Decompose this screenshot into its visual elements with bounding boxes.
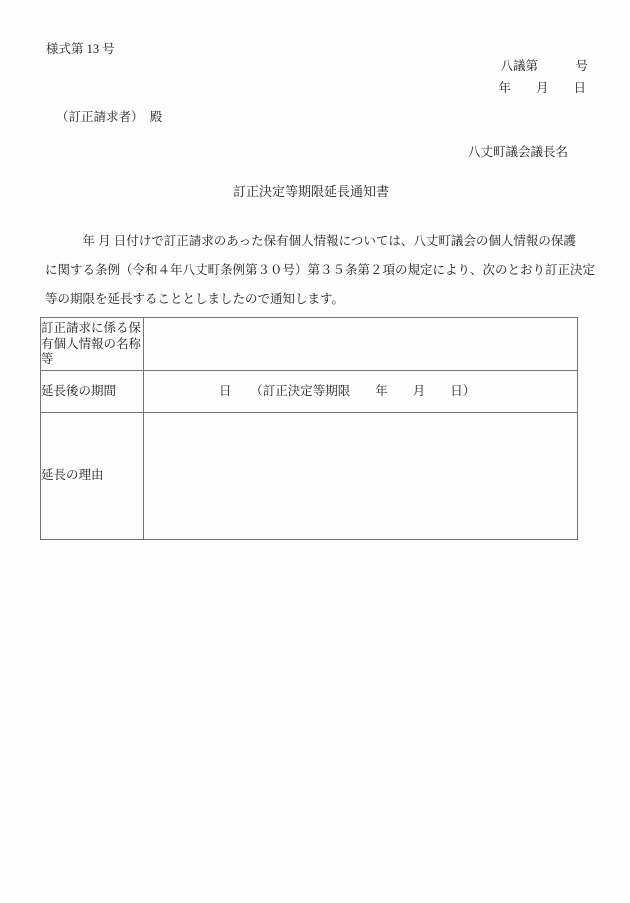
body-line-2: に関する条例（令和４年八丈町条例第３０号）第３５条第２項の規定により、次のとおり… [45, 256, 595, 285]
document-page: 様式第 13 号 八議第 号 年 月 日 （訂正請求者） 殿 八丈町議会議長名 … [0, 0, 630, 903]
sender-name-line: 八丈町議会議長名 [468, 145, 568, 160]
body-paragraph: 年 月 日付けで訂正請求のあった保有個人情報については、八丈町議会の個人情報の保… [45, 227, 595, 314]
value-cell-extension-reason [144, 413, 578, 540]
addressee-line: （訂正請求者） 殿 [56, 110, 162, 125]
table-row-info-name: 訂正請求に係る保有個人情報の名称等 [41, 318, 578, 371]
label-cell-extended-period: 延長後の期間 [41, 371, 144, 413]
value-cell-info-name [144, 318, 578, 371]
extension-notice-table: 訂正請求に係る保有個人情報の名称等 延長後の期間 日 （訂正決定等期限 年 月 … [40, 317, 578, 540]
body-line-1: 年 月 日付けで訂正請求のあった保有個人情報については、八丈町議会の個人情報の保… [45, 227, 595, 256]
table-row-extended-period: 延長後の期間 日 （訂正決定等期限 年 月 日） [41, 371, 578, 413]
table-row-extension-reason: 延長の理由 [41, 413, 578, 540]
body-line-3: 等の期限を延長することとしましたので通知します。 [45, 285, 595, 314]
label-cell-extension-reason: 延長の理由 [41, 413, 144, 540]
label-cell-info-name: 訂正請求に係る保有個人情報の名称等 [41, 318, 144, 371]
form-number: 様式第 13 号 [46, 42, 115, 57]
value-cell-extended-period: 日 （訂正決定等期限 年 月 日） [144, 371, 578, 413]
document-number-line: 八議第 号 [500, 59, 588, 74]
date-line: 年 月 日 [498, 81, 586, 96]
document-title: 訂正決定等期限延長通知書 [0, 184, 622, 200]
